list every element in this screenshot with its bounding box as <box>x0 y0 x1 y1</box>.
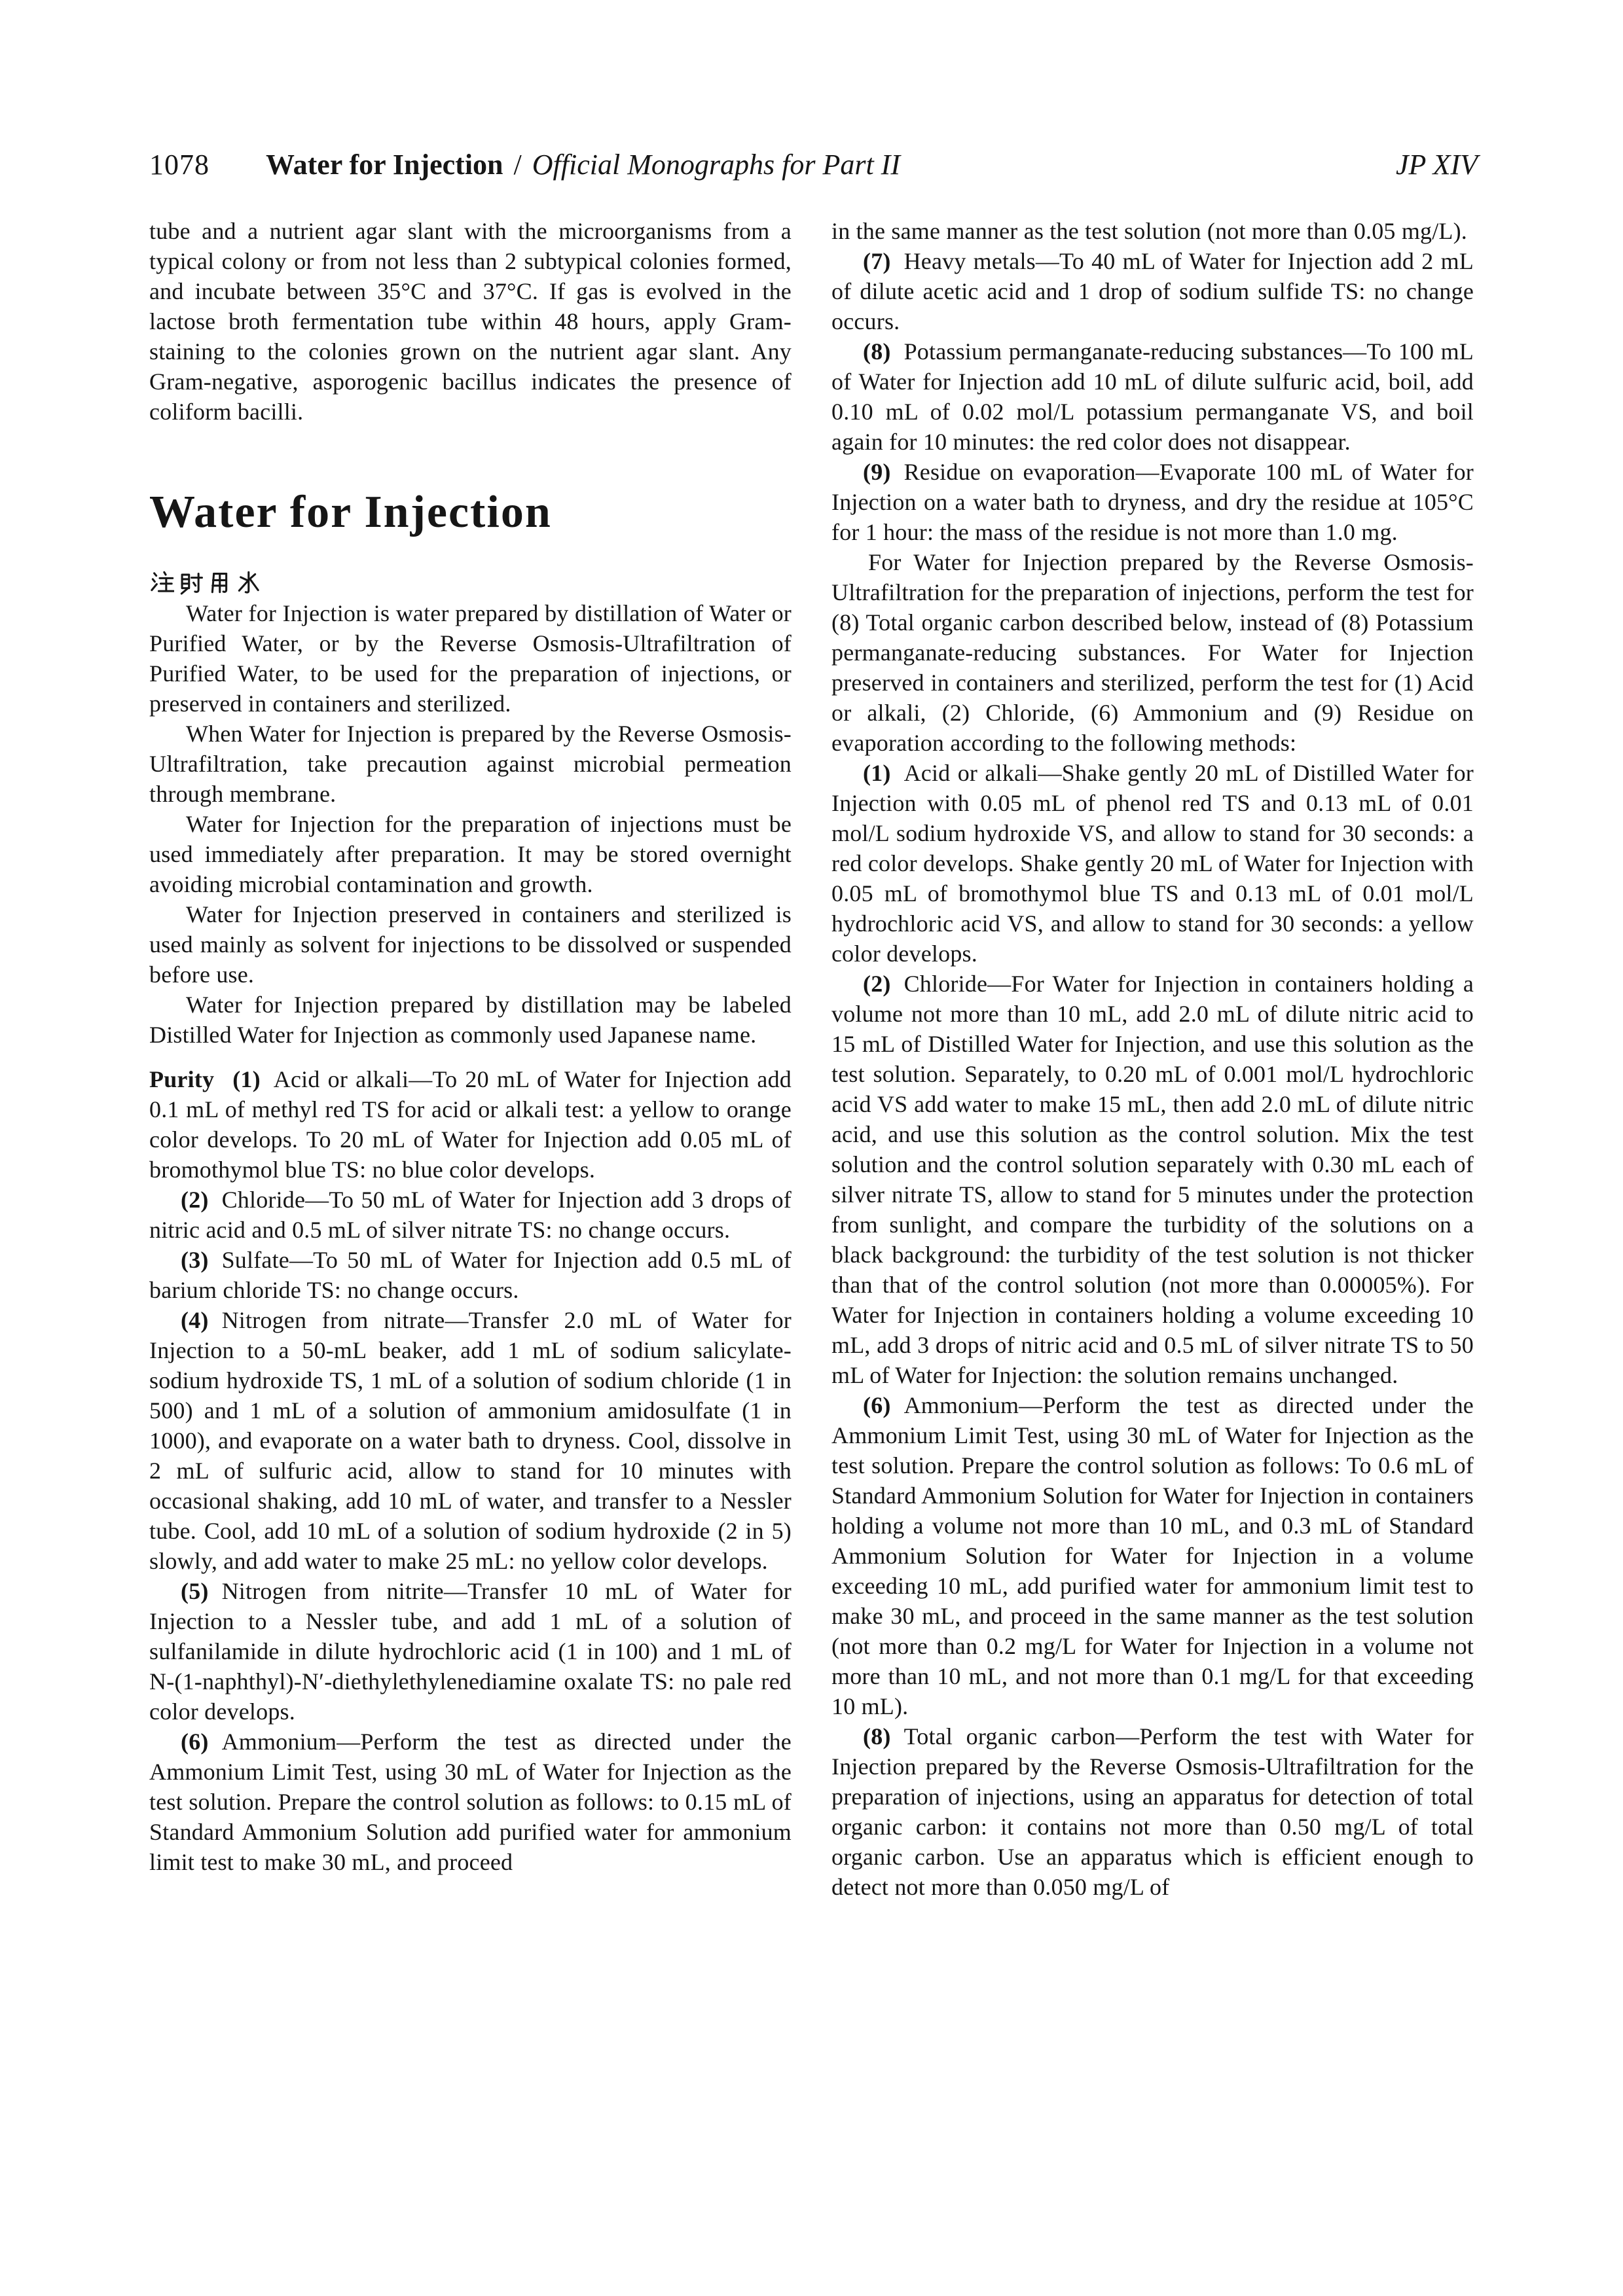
paragraph: Water for Injection is water prepared by… <box>149 598 792 719</box>
item-number: (2) <box>181 1187 209 1213</box>
item-number: (5) <box>181 1578 209 1604</box>
item-number: (9) <box>863 459 891 485</box>
item-number: (6) <box>863 1392 891 1418</box>
purity-item: (3)Sulfate—To 50 mL of Water for Injecti… <box>149 1245 792 1305</box>
item-number: (8) <box>863 1723 891 1749</box>
left-column: tube and a nutrient agar slant with the … <box>149 216 792 1877</box>
method-item: (2)Chloride—For Water for Injection in c… <box>831 969 1474 1390</box>
item-text: Nitrogen from nitrite—Transfer 10 mL of … <box>149 1578 792 1725</box>
purity-item: (5)Nitrogen from nitrite—Transfer 10 mL … <box>149 1576 792 1727</box>
item-number: (6) <box>181 1729 209 1755</box>
method-item: (1)Acid or alkali—Shake gently 20 mL of … <box>831 758 1474 969</box>
header-section-title: Official Monographs for Part II <box>532 149 900 181</box>
purity-item: (9)Residue on evaporation—Evaporate 100 … <box>831 457 1474 547</box>
japanese-title: 注射用水 <box>149 568 792 598</box>
purity-item: (4)Nitrogen from nitrate—Transfer 2.0 mL… <box>149 1305 792 1576</box>
page: 1078Water for Injection/Official Monogra… <box>0 0 1623 2296</box>
item-number: (7) <box>863 248 891 274</box>
item-number: (2) <box>863 971 891 997</box>
item-text: Chloride—For Water for Injection in cont… <box>831 971 1474 1388</box>
item-text: Total organic carbon—Perform the test wi… <box>831 1723 1474 1900</box>
kanji-sui-glyph <box>236 569 261 597</box>
purity-item: (7)Heavy metals—To 40 mL of Water for In… <box>831 246 1474 336</box>
page-number: 1078 <box>149 149 210 181</box>
item-text: Heavy metals—To 40 mL of Water for Injec… <box>831 248 1474 334</box>
item-text: Potassium permanganate-reducing substanc… <box>831 338 1474 455</box>
item-number: (1) <box>232 1066 261 1092</box>
method-item: (8)Total organic carbon—Perform the test… <box>831 1721 1474 1902</box>
method-item: (6)Ammonium—Perform the test as directed… <box>831 1390 1474 1721</box>
item-number: (4) <box>181 1307 209 1333</box>
paragraph: Water for Injection prepared by distilla… <box>149 990 792 1050</box>
item-text: Nitrogen from nitrate—Transfer 2.0 mL of… <box>149 1307 792 1574</box>
item-number: (3) <box>181 1247 209 1273</box>
header-monograph-title: Water for Injection <box>266 149 503 181</box>
purity-section-label: Purity <box>149 1066 214 1092</box>
paragraph: Water for Injection for the preparation … <box>149 809 792 899</box>
purity-item: (8)Potassium permanganate-reducing subst… <box>831 336 1474 457</box>
kanji-sha-glyph <box>178 569 203 597</box>
right-column: in the same manner as the test solution … <box>831 216 1474 1902</box>
item-text: Sulfate—To 50 mL of Water for Injection … <box>149 1247 792 1303</box>
item-text: Acid or alkali—Shake gently 20 mL of Dis… <box>831 760 1474 967</box>
kanji-chu-glyph <box>149 569 174 597</box>
paragraph: Water for Injection preserved in contain… <box>149 899 792 990</box>
page-header: 1078Water for Injection/Official Monogra… <box>149 149 1478 181</box>
purity-item: Purity(1)Acid or alkali—To 20 mL of Wate… <box>149 1064 792 1185</box>
purity-item: (2)Chloride—To 50 mL of Water for Inject… <box>149 1185 792 1245</box>
monograph-title: Water for Injection <box>149 487 792 538</box>
paragraph: When Water for Injection is prepared by … <box>149 719 792 809</box>
paragraph: For Water for Injection prepared by the … <box>831 547 1474 758</box>
item-number: (8) <box>863 338 891 365</box>
header-edition: JP XIV <box>1396 149 1478 181</box>
continuation-paragraph: in the same manner as the test solution … <box>831 216 1474 246</box>
continuation-paragraph: tube and a nutrient agar slant with the … <box>149 216 792 427</box>
item-text: Ammonium—Perform the test as directed un… <box>831 1392 1474 1719</box>
item-text: Residue on evaporation—Evaporate 100 mL … <box>831 459 1474 545</box>
purity-item: (6)Ammonium—Perform the test as directed… <box>149 1727 792 1877</box>
header-separator: / <box>514 149 522 181</box>
item-number: (1) <box>863 760 891 786</box>
item-text: Chloride—To 50 mL of Water for Injection… <box>149 1187 792 1243</box>
item-text: Ammonium—Perform the test as directed un… <box>149 1729 792 1875</box>
kanji-yo-glyph <box>207 569 232 597</box>
